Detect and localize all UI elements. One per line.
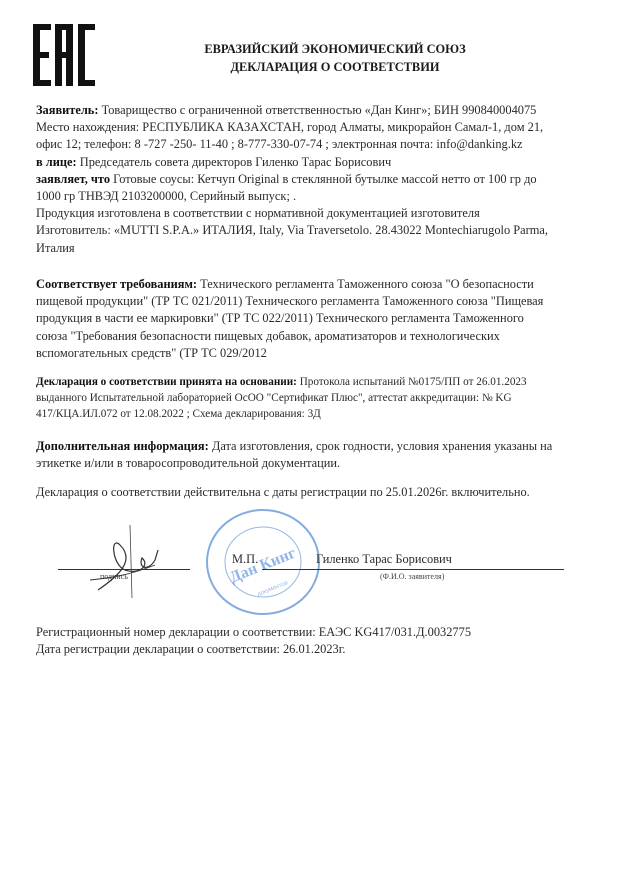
manufacturer-line: Изготовитель: «MUTTI S.P.A.» ИТАЛИЯ, Ita… <box>36 222 596 239</box>
additional-section: Дополнительная информация: Дата изготовл… <box>36 438 596 472</box>
signature-mark-icon <box>80 520 170 600</box>
validity-text: Декларация о соответствии действительна … <box>36 484 596 501</box>
applicant-value: Товарищество с ограниченной ответственно… <box>99 103 537 117</box>
represented-value: Председатель совета директоров Гиленко Т… <box>77 155 392 169</box>
applicant-label: Заявитель: <box>36 103 99 117</box>
basis-label: Декларация о соответствии принята на осн… <box>36 376 297 388</box>
requirements-text: продукция в части ее маркировки" (ТР ТС … <box>36 310 596 327</box>
signer-name-caption: (Ф.И.О. заявителя) <box>380 572 444 581</box>
represented-label: в лице: <box>36 155 77 169</box>
requirements-text: Технического регламента Таможенного союз… <box>197 277 534 291</box>
applicant-contacts: офис 12; телефон: 8 -727 -250- 11-40 ; 8… <box>36 136 596 153</box>
additional-text: Дата изготовления, срок годности, услови… <box>209 439 553 453</box>
requirements-section: Соответствует требованиям: Технического … <box>36 276 596 362</box>
registration-date: Дата регистрации декларации о соответств… <box>36 641 596 658</box>
applicant-section: Заявитель: Товарищество с ограниченной о… <box>36 102 596 257</box>
header-declaration-title: ДЕКЛАРАЦИЯ О СООТВЕТСТВИИ <box>190 58 480 76</box>
declares-value: Готовые соусы: Кетчуп Original в стеклян… <box>110 172 537 186</box>
requirements-text: союза "Требования безопасности пищевых д… <box>36 328 596 345</box>
header-union-title: ЕВРАЗИЙСКИЙ ЭКОНОМИЧЕСКИЙ СОЮЗ <box>190 40 480 58</box>
eac-mark-icon <box>33 24 95 86</box>
additional-label: Дополнительная информация: <box>36 439 209 453</box>
basis-text: 417/КЦА.ИЛ.072 от 12.08.2022 ; Схема дек… <box>36 406 596 422</box>
declares-label: заявляет, что <box>36 172 110 186</box>
declares-value-cont: 1000 гр ТНВЭД 2103200000, Серийный выпус… <box>36 188 596 205</box>
svg-text:документов: документов <box>256 580 288 598</box>
registration-number: Регистрационный номер декларации о соотв… <box>36 624 596 641</box>
applicant-address: Место нахождения: РЕСПУБЛИКА КАЗАХСТАН, … <box>36 119 596 136</box>
basis-section: Декларация о соответствии принята на осн… <box>36 374 596 422</box>
registration-section: Регистрационный номер декларации о соотв… <box>36 624 596 658</box>
manufacturer-country: Италия <box>36 240 596 257</box>
additional-text: этикетке и/или в товаросопроводительной … <box>36 455 596 472</box>
basis-text: Протокола испытаний №0175/ПП от 26.01.20… <box>297 376 527 388</box>
signer-name: Гиленко Тарас Борисович <box>316 551 536 568</box>
produced-statement: Продукция изготовлена в соответствии с н… <box>36 205 596 222</box>
requirements-text: вспомогательных средств" (ТР ТС 029/2012 <box>36 345 596 362</box>
seal-place-label: М.П. <box>232 551 292 568</box>
document-header: ЕВРАЗИЙСКИЙ ЭКОНОМИЧЕСКИЙ СОЮЗ ДЕКЛАРАЦИ… <box>190 40 480 76</box>
basis-text: выданного Испытательной лабораторией ОсО… <box>36 390 596 406</box>
requirements-text: пищевой продукции" (ТР ТС 021/2011) Техн… <box>36 293 596 310</box>
name-line <box>262 569 564 570</box>
validity-statement: Декларация о соответствии действительна … <box>36 484 596 501</box>
requirements-label: Соответствует требованиям: <box>36 277 197 291</box>
